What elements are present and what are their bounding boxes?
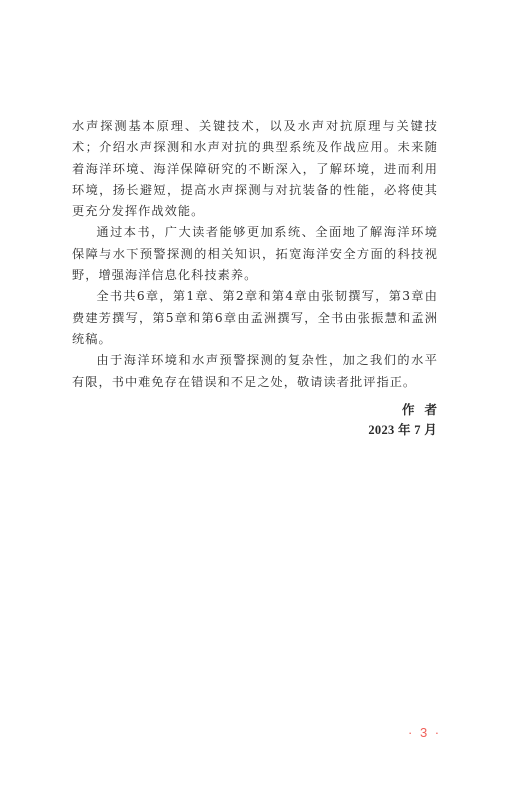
paragraph-3: 全书共6章，第1章、第2章和第4章由张韧撰写，第3章由费建芳撰写，第5章和第6章… xyxy=(72,286,438,350)
page-number: · 3 · xyxy=(408,725,441,740)
preface-body: 水声探测基本原理、关键技术，以及水声对抗原理与关键技术；介绍水声探测和水声对抗的… xyxy=(72,116,438,393)
signature-block: 作者 2023 年 7 月 xyxy=(368,399,437,441)
document-page: 水声探测基本原理、关键技术，以及水声对抗原理与关键技术；介绍水声探测和水声对抗的… xyxy=(0,0,510,800)
paragraph-4: 由于海洋环境和水声预警探测的复杂性，加之我们的水平有限，书中难免存在错误和不足之… xyxy=(72,350,438,393)
signature-author: 作者 xyxy=(368,399,447,420)
paragraph-1: 水声探测基本原理、关键技术，以及水声对抗原理与关键技术；介绍水声探测和水声对抗的… xyxy=(72,116,438,222)
paragraph-2: 通过本书，广大读者能够更加系统、全面地了解海洋环境保障与水下预警探测的相关知识，… xyxy=(72,222,438,286)
signature-date: 2023 年 7 月 xyxy=(368,420,437,441)
